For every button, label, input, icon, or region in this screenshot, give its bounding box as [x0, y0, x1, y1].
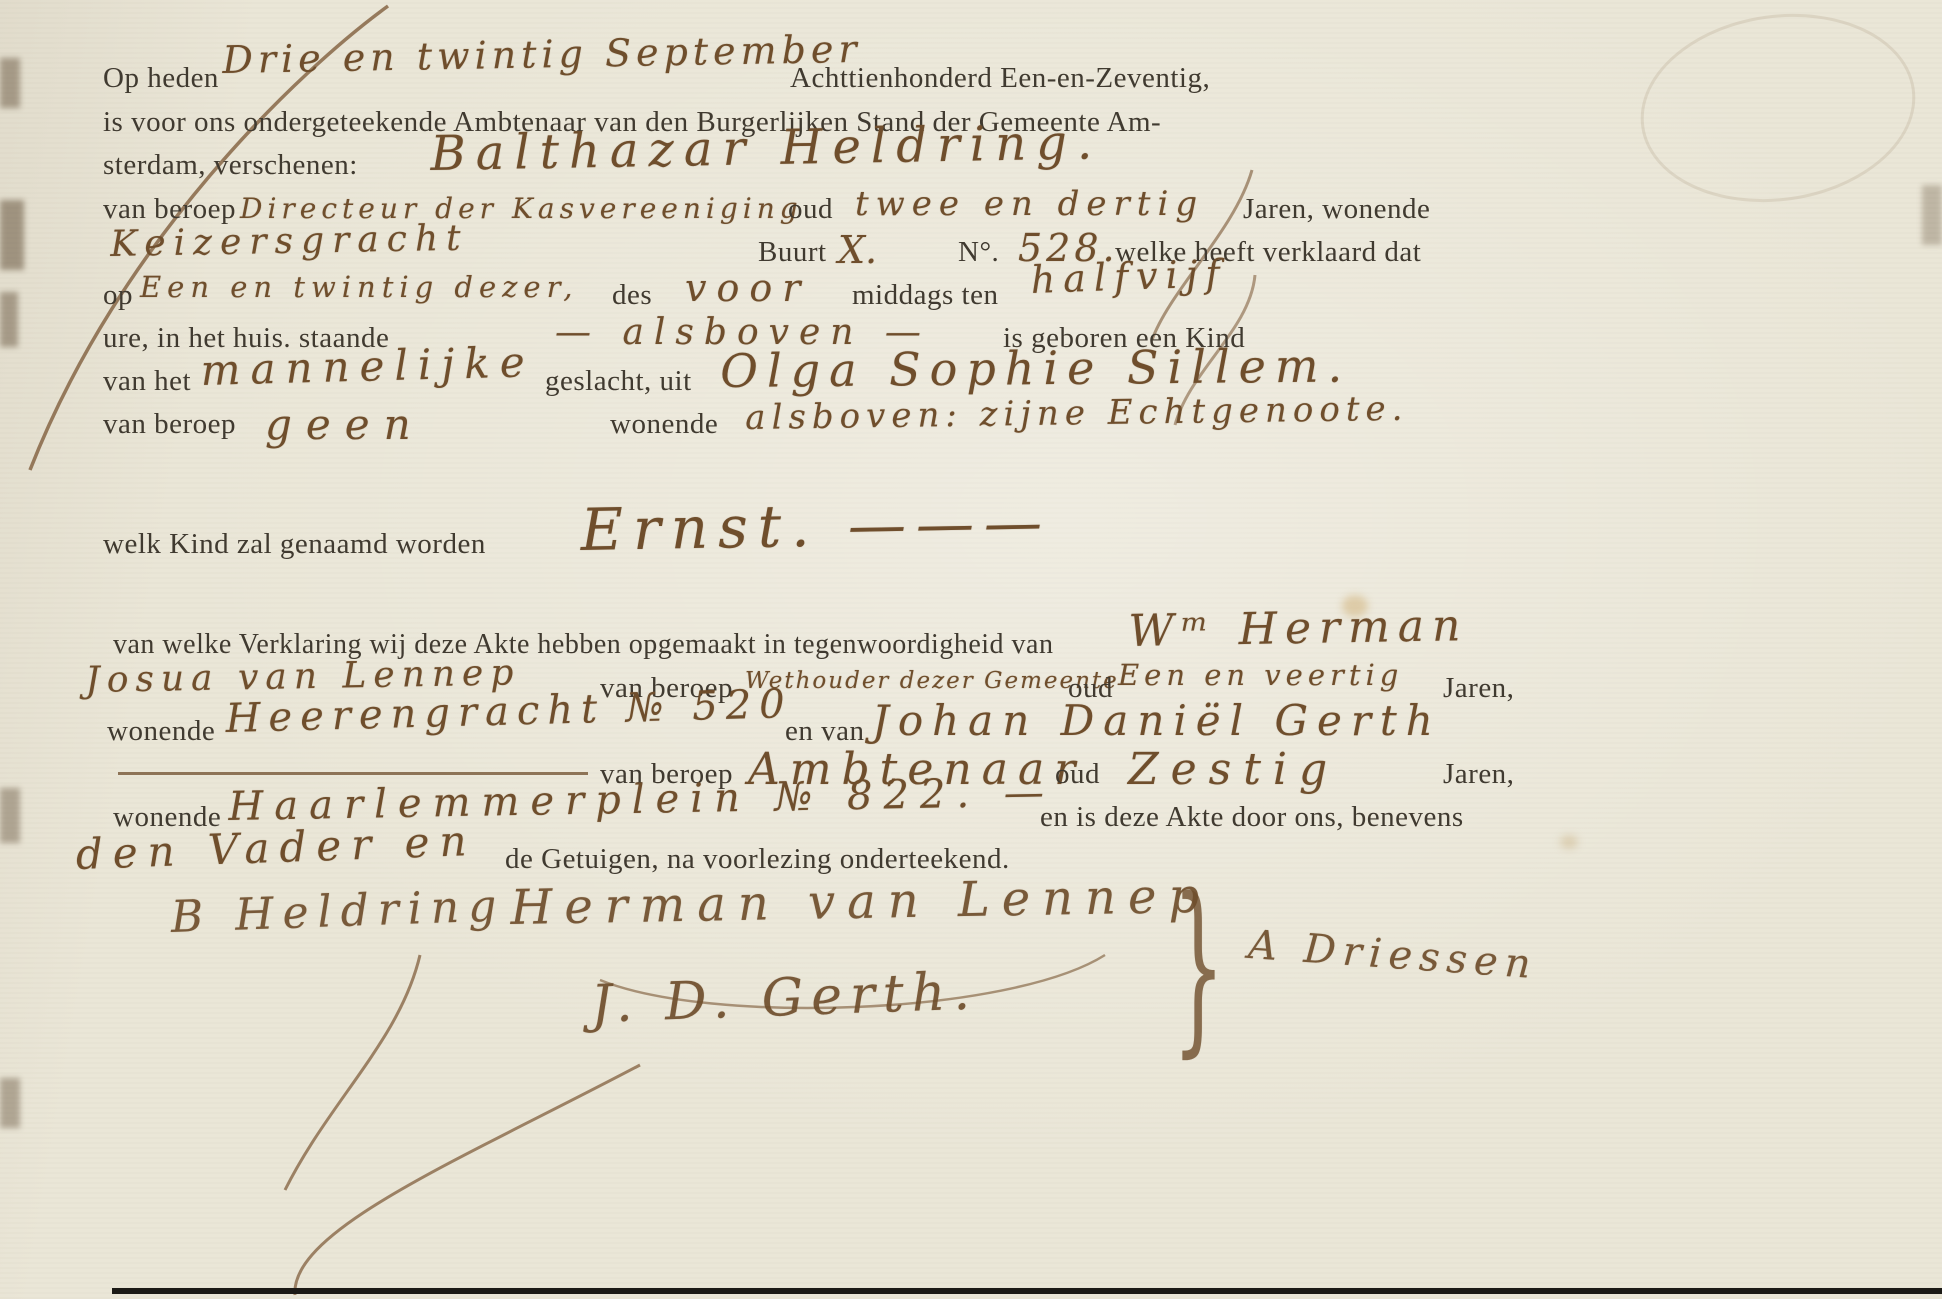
foxing-spot [1560, 835, 1578, 849]
form-label-oud-w2: oud [1055, 758, 1100, 791]
bleedthrough-mark [0, 788, 20, 843]
signature-declarant: B Heldring [170, 880, 506, 943]
form-label-jaren-w1: Jaren, [1443, 672, 1514, 705]
bleedthrough-mark [1922, 185, 1942, 245]
hand-birth-hour: halfvijf [1030, 251, 1228, 302]
form-label-van-beroep-mother: van beroep [103, 408, 236, 441]
form-label-no: N°. [958, 236, 999, 269]
hand-declarant-age: twee en dertig [855, 184, 1204, 224]
bottom-edge-rule [112, 1288, 1942, 1294]
signature-witness1: Herman van Lennep [510, 868, 1212, 936]
hand-daypart: voor [685, 266, 810, 310]
form-text-closing: de Getuigen, na voorlezing onderteekend. [505, 843, 1010, 876]
bleedthrough-mark [0, 58, 20, 108]
form-label-jaren-w2: Jaren, [1443, 758, 1514, 791]
form-label-jaren-wonende: Jaren, wonende [1243, 193, 1430, 226]
hand-witness1-occupation: Wethouder dezer Gemeente [745, 668, 1119, 694]
form-label-op-heden: Op heden [103, 62, 219, 95]
hand-mother-name: Olga Sophie Sillem. [720, 338, 1351, 398]
hand-witness2-name: Johan Daniël Gerth [872, 696, 1442, 745]
ghost-stamp-circle [1628, 0, 1927, 219]
bleedthrough-mark [0, 1078, 20, 1128]
hand-declarant-street: Keizersgracht [110, 218, 469, 265]
form-label-geslacht-uit: geslacht, uit [545, 365, 692, 398]
bleedthrough-mark [0, 200, 24, 270]
form-text-akte-door-ons: en is deze Akte door ons, benevens [1040, 801, 1464, 834]
hand-mother-occupation: geen [265, 400, 425, 449]
form-label-wonende-mother: wonende [610, 408, 718, 441]
form-label-verschenen: sterdam, verschenen: [103, 149, 358, 182]
hand-witness2-age: Zestig [1128, 744, 1339, 795]
signature-registrar: A Driessen [1247, 922, 1539, 988]
bleedthrough-mark [0, 292, 18, 347]
form-label-wonende-w1: wonende [107, 715, 215, 748]
hand-witness1-age: Een en veertig [1118, 658, 1403, 692]
hand-birth-day: Een en twintig dezer, [140, 270, 579, 304]
signature-brace: } [1172, 858, 1225, 1074]
birth-certificate-document: Op heden Drie en twintig September Achtt… [0, 0, 1942, 1299]
form-label-des: des [612, 279, 652, 312]
hand-blank-stroke [118, 748, 588, 775]
hand-mother-residence: alsboven: zijne Echtgenoote. [745, 389, 1409, 438]
form-label-oud: oud [788, 193, 833, 226]
form-label-op: op [103, 279, 133, 312]
hand-child-gender: mannelijke [200, 337, 535, 395]
form-label-middags-ten: middags ten [852, 279, 998, 312]
hand-registration-date: Drie en twintig September [222, 27, 862, 82]
hand-witness1-name-first: Wᵐ Herman [1128, 600, 1469, 657]
signature-witness2: J. D. Gerth. [590, 961, 979, 1034]
form-label-kind-genaamd: welk Kind zal genaamd worden [103, 528, 486, 561]
form-label-van-beroep: van beroep [103, 193, 236, 226]
form-label-van-het: van het [103, 365, 191, 398]
hand-declarant-name: Balthazar Heldring. [430, 114, 1103, 182]
form-label-year: Achttienhonderd Een-en-Zeventig, [790, 62, 1210, 95]
form-label-buurt: Buurt [758, 236, 827, 269]
hand-child-name: Ernst. ——— [580, 488, 1052, 564]
hand-buurt-code: X. [838, 228, 877, 272]
